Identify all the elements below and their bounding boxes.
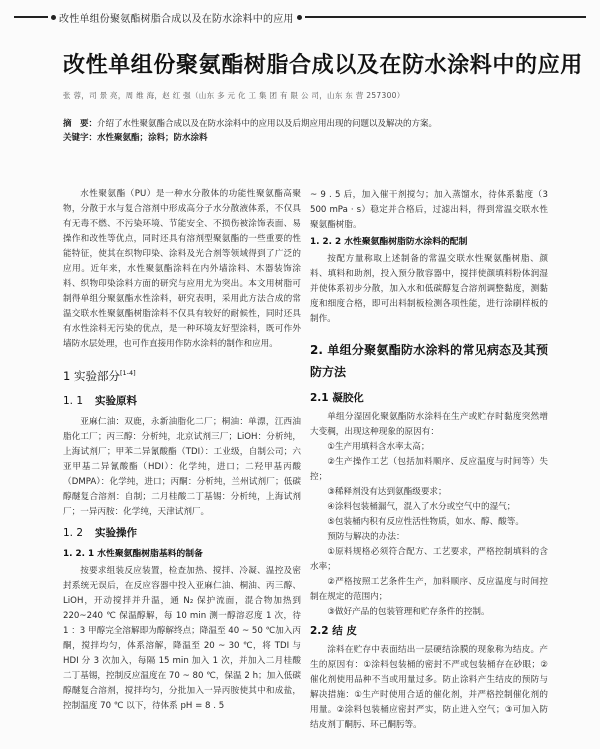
gel-intro: 单组分湿固化聚氨酯防水涂料在生产或贮存时黏度突然增大变稠，出现这种现象的原因有： xyxy=(310,410,548,440)
gel-solution-item: ③做好产品的包装管理和贮存条件的控制。 xyxy=(310,605,548,620)
header-bullet-icon xyxy=(51,15,56,20)
materials-paragraph: 亚麻仁油：双鹿，永新油脂化二厂；桐油：单漂，江西油脂化工厂；丙三醇：分析纯，北京… xyxy=(63,415,301,520)
keywords-text: 水性聚氨酯；涂料；防水涂料 xyxy=(97,133,208,143)
skin-paragraph: 涂料在贮存中表面结出一层硬结涂膜的现象称为结皮。产生的原因有：①涂料包装桶的密封… xyxy=(310,643,548,733)
header-bullet-icon xyxy=(297,15,302,20)
author-affiliation: 张 蓉，司 景 亮，周 维 海，赵 红 强（山东 多 元 化 工 集 团 有 限… xyxy=(63,90,405,101)
intro-paragraph: 水性聚氨酯（PU）是一种水分散体的功能性聚氨酯高聚物，分散于水与复合溶剂中形成高… xyxy=(63,187,301,352)
section-heading-1-2: 1. 2实验操作 xyxy=(63,526,301,541)
gel-cause-item: ③稀释剂没有达到氨酯级要求； xyxy=(310,485,548,500)
gel-cause-item: ⑤包装桶内积有反应性活性物质，如水、醇、酸等。 xyxy=(310,515,548,530)
abstract-label: 摘 要： xyxy=(63,119,97,129)
section-heading-2-2: 2.2 结 皮 xyxy=(310,624,548,639)
gel-solution-item: ①原料规格必须符合配方、工艺要求，严格控制填料的含水率； xyxy=(310,545,548,575)
formulation-paragraph: 按配方量称取上述制备的常温交联水性聚氨酯树脂、颜料、填料和助剂，投入预分散容器中… xyxy=(310,252,548,327)
citation-ref: [1-4] xyxy=(120,369,136,377)
keywords: 关键字：水性聚氨酯；涂料；防水涂料 xyxy=(63,131,208,143)
running-header-text: 改性单组份聚氨酯树脂合成以及在防水涂料中的应用 xyxy=(59,10,294,25)
procedure-continued: ~ 9 . 5 后，加入催干剂搅匀；加入蒸馏水，待体系黏度（3 500 mPa … xyxy=(310,188,548,233)
section-heading-1-1: 1. 1实验原料 xyxy=(63,394,301,409)
section-heading-2: 2. 单组分聚氨酯防水涂料的常见病态及其预防方法 xyxy=(310,339,548,383)
gel-cause-item: ①生产用填料含水率太高； xyxy=(310,440,548,455)
header-rule-left xyxy=(14,16,48,18)
gel-cause-item: ④涂料包装桶漏气，混入了水分或空气中的湿气； xyxy=(310,500,548,515)
section-heading-1: 1 实验部分[1-4] xyxy=(63,366,301,384)
gel-cause-item: ②生产操作工艺（包括加料顺序、反应温度与时间等）失控； xyxy=(310,455,548,485)
gel-solution-item: ②严格按照工艺条件生产，加料顺序、反应温度与时间控制在规定的范围内； xyxy=(310,575,548,605)
abstract-text: 介绍了水性聚氨酯合成以及在防水涂料中的应用以及后期应用出现的问题以及解决的方案。 xyxy=(97,119,437,129)
section-heading-1-2-2: 1. 2. 2 水性聚氨酯树脂防水涂料的配制 xyxy=(310,235,548,250)
left-column: 水性聚氨酯（PU）是一种水分散体的功能性聚氨酯高聚物，分散于水与复合溶剂中形成高… xyxy=(63,187,301,714)
running-header: 改性单组份聚氨酯树脂合成以及在防水涂料中的应用 xyxy=(14,10,586,24)
section-heading-2-1: 2.1 凝胶化 xyxy=(310,391,548,406)
abstract: 摘 要：介绍了水性聚氨酯合成以及在防水涂料中的应用以及后期应用出现的问题以及解决… xyxy=(63,117,437,129)
keywords-label: 关键字： xyxy=(63,133,97,143)
right-column: ~ 9 . 5 后，加入催干剂搅匀；加入蒸馏水，待体系黏度（3 500 mPa … xyxy=(310,188,548,733)
procedure-paragraph: 按要求组装反应装置，检查加热、搅拌、冷凝、温控及密封系统无误后，在反应容器中投入… xyxy=(63,564,301,714)
gel-solution-label: 预防与解决的办法： xyxy=(310,530,548,545)
header-rule-right xyxy=(305,16,586,18)
article-title: 改性单组份聚氨酯树脂合成以及在防水涂料中的应用 xyxy=(63,48,583,79)
section-heading-1-2-1: 1. 2. 1 水性聚氨酯树脂基料的制备 xyxy=(63,547,301,562)
